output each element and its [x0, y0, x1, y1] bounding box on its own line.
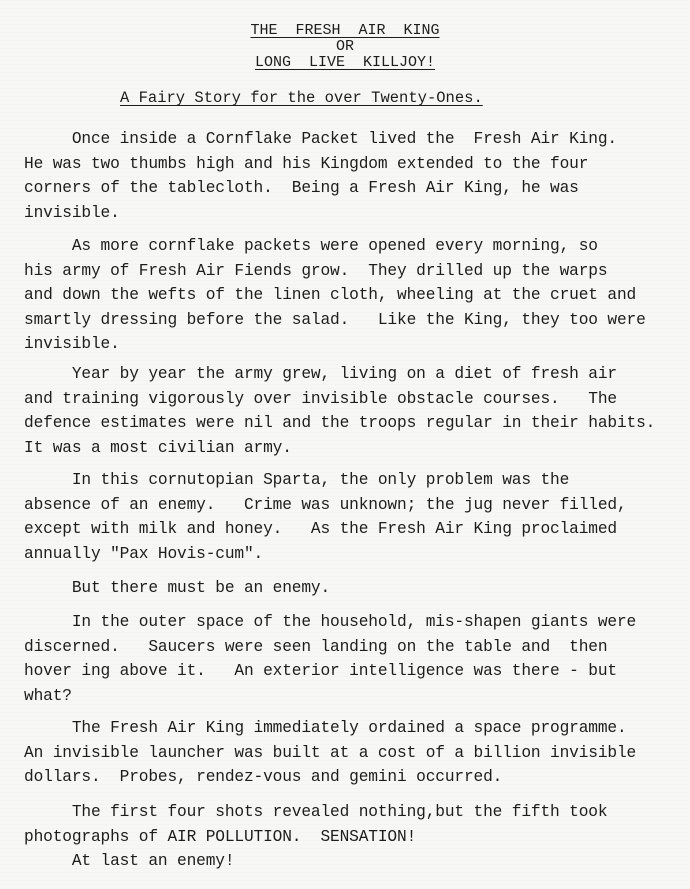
subtitle: A Fairy Story for the over Twenty-Ones. — [120, 89, 483, 107]
text-line: hover ing above it. An exterior intellig… — [24, 661, 617, 681]
text-line: It was a most civilian army. — [24, 438, 292, 458]
text-line: corners of the tablecloth. Being a Fresh… — [24, 178, 579, 198]
text-line: He was two thumbs high and his Kingdom e… — [24, 154, 588, 174]
text-line: The Fresh Air King immediately ordained … — [24, 718, 627, 738]
text-line: invisible. — [24, 203, 120, 223]
text-line: An invisible launcher was built at a cos… — [24, 743, 636, 763]
text-line: photographs of AIR POLLUTION. SENSATION! — [24, 827, 416, 847]
text-line: Year by year the army grew, living on a … — [24, 364, 617, 384]
text-line: and down the wefts of the linen cloth, w… — [24, 285, 636, 305]
title-line-2: LONG LIVE KILLJOY! — [0, 54, 690, 72]
text-line: and training vigorously over invisible o… — [24, 389, 617, 409]
text-line: what? — [24, 686, 72, 706]
text-line: The first four shots revealed nothing,bu… — [24, 802, 607, 822]
text-line: In this cornutopian Sparta, the only pro… — [24, 470, 569, 490]
text-line: But there must be an enemy. — [24, 578, 330, 598]
text-line: dollars. Probes, rendez-vous and gemini … — [24, 767, 502, 787]
text-line: smartly dressing before the salad. Like … — [24, 310, 646, 330]
text-line: In the outer space of the household, mis… — [24, 612, 636, 632]
title-or: OR — [0, 38, 690, 55]
text-line: At last an enemy! — [24, 851, 234, 871]
text-line: As more cornflake packets were opened ev… — [24, 236, 598, 256]
text-line: invisible. — [24, 334, 120, 354]
text-line: his army of Fresh Air Fiends grow. They … — [24, 261, 607, 281]
text-line: discerned. Saucers were seen landing on … — [24, 637, 607, 657]
text-line: Once inside a Cornflake Packet lived the… — [24, 129, 617, 149]
text-line: annually "Pax Hovis-cum". — [24, 544, 263, 564]
text-line: absence of an enemy. Crime was unknown; … — [24, 495, 627, 515]
text-line: except with milk and honey. As the Fresh… — [24, 519, 617, 539]
typewritten-page: THE FRESH AIR KING OR LONG LIVE KILLJOY!… — [0, 0, 690, 889]
text-line: defence estimates were nil and the troop… — [24, 413, 655, 433]
